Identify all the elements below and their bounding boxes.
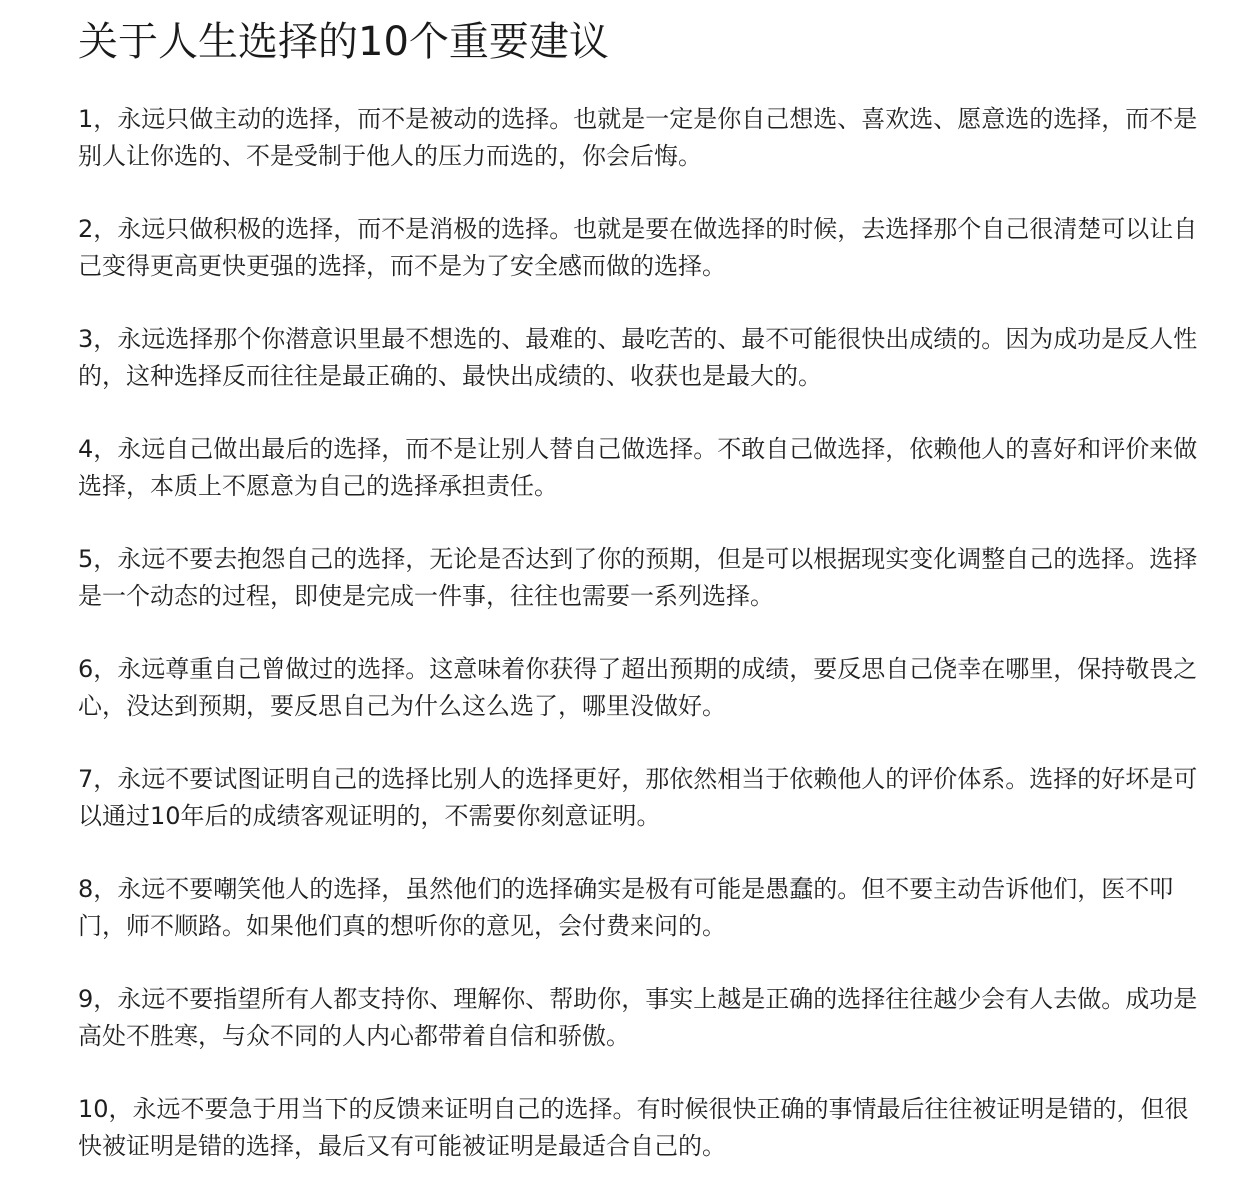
advice-item-5: 5，永远不要去抱怨自己的选择，无论是否达到了你的预期，但是可以根据现实变化调整自… [78,541,1208,615]
advice-item-2: 2，永远只做积极的选择，而不是消极的选择。也就是要在做选择的时候，去选择那个自己… [78,211,1208,285]
advice-item-10: 10，永远不要急于用当下的反馈来证明自己的选择。有时候很快正确的事情最后往往被证… [78,1091,1208,1165]
advice-item-7: 7，永远不要试图证明自己的选择比别人的选择更好，那依然相当于依赖他人的评价体系。… [78,761,1208,835]
advice-item-6: 6，永远尊重自己曾做过的选择。这意味着你获得了超出预期的成绩，要反思自己侥幸在哪… [78,651,1208,725]
advice-item-9: 9，永远不要指望所有人都支持你、理解你、帮助你，事实上越是正确的选择往往越少会有… [78,981,1208,1055]
advice-item-1: 1，永远只做主动的选择，而不是被动的选择。也就是一定是你自己想选、喜欢选、愿意选… [78,101,1208,175]
advice-item-3: 3，永远选择那个你潜意识里最不想选的、最难的、最吃苦的、最不可能很快出成绩的。因… [78,321,1208,395]
document-page: 关于人生选择的10个重要建议 1，永远只做主动的选择，而不是被动的选择。也就是一… [0,0,1208,1165]
advice-item-4: 4，永远自己做出最后的选择，而不是让别人替自己做选择。不敢自己做选择，依赖他人的… [78,431,1208,505]
advice-list: 1，永远只做主动的选择，而不是被动的选择。也就是一定是你自己想选、喜欢选、愿意选… [78,101,1208,1165]
advice-item-8: 8，永远不要嘲笑他人的选择，虽然他们的选择确实是极有可能是愚蠢的。但不要主动告诉… [78,871,1208,945]
page-title: 关于人生选择的10个重要建议 [78,0,1208,72]
